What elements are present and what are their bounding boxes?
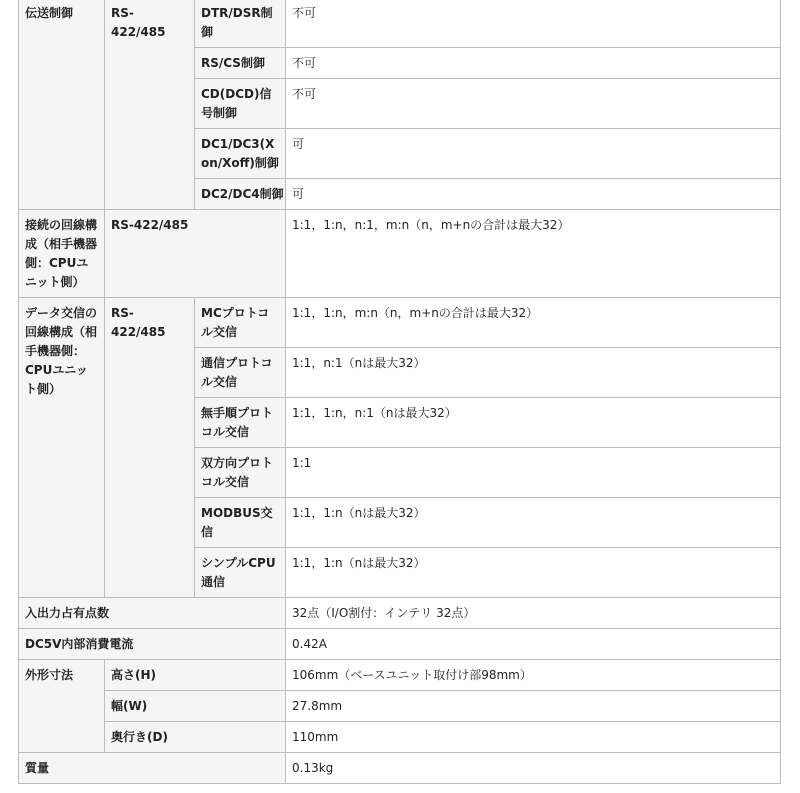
transmission-interface: RS-422/485 [105, 0, 195, 210]
table-row: 幅(W) 27.8mm [19, 691, 781, 722]
weight-value: 0.13kg [286, 753, 781, 784]
row-value: 110mm [286, 722, 781, 753]
current-value: 0.42A [286, 629, 781, 660]
weight-label: 質量 [19, 753, 286, 784]
io-points-value: 32点（I/O割付：インテリ 32点） [286, 598, 781, 629]
row-value: 27.8mm [286, 691, 781, 722]
spec-table: 伝送制御 RS-422/485 DTR/DSR制御 不可 RS/CS制御 不可 … [18, 0, 781, 784]
row-item: 高さ(H) [105, 660, 286, 691]
row-value: 1:1，1:n（nは最大32） [286, 498, 781, 548]
row-value: 1:1，n:1（nは最大32） [286, 348, 781, 398]
row-value: 106mm（ベースユニット取付け部98mm） [286, 660, 781, 691]
row-item: CD(DCD)信号制御 [195, 79, 286, 129]
row-item: DC1/DC3(Xon/Xoff)制御 [195, 129, 286, 179]
transmission-label: 伝送制御 [19, 0, 105, 210]
connection-label: 接続の回線構成（相手機器側：CPUユニット側） [19, 210, 105, 298]
row-value: 1:1，1:n（nは最大32） [286, 548, 781, 598]
row-item: DTR/DSR制御 [195, 0, 286, 48]
table-row: DC5V内部消費電流 0.42A [19, 629, 781, 660]
row-value: 不可 [286, 0, 781, 48]
data-exchange-label: データ交信の回線構成（相手機器側：CPUユニット側） [19, 298, 105, 598]
dimensions-label: 外形寸法 [19, 660, 105, 753]
table-row: 入出力占有点数 32点（I/O割付：インテリ 32点） [19, 598, 781, 629]
row-item: シンプルCPU通信 [195, 548, 286, 598]
table-row: 質量 0.13kg [19, 753, 781, 784]
table-row: 外形寸法 高さ(H) 106mm（ベースユニット取付け部98mm） [19, 660, 781, 691]
row-value: 1:1，1:n，n:1（nは最大32） [286, 398, 781, 448]
data-exchange-interface: RS-422/485 [105, 298, 195, 598]
row-value: 不可 [286, 79, 781, 129]
table-row: 伝送制御 RS-422/485 DTR/DSR制御 不可 [19, 0, 781, 48]
row-item: 奥行き(D) [105, 722, 286, 753]
connection-interface: RS-422/485 [105, 210, 286, 298]
row-item: 通信プロトコル交信 [195, 348, 286, 398]
row-item: MCプロトコル交信 [195, 298, 286, 348]
table-row: データ交信の回線構成（相手機器側：CPUユニット側） RS-422/485 MC… [19, 298, 781, 348]
io-points-label: 入出力占有点数 [19, 598, 286, 629]
row-item: DC2/DC4制御 [195, 179, 286, 210]
row-value: 可 [286, 129, 781, 179]
row-item: RS/CS制御 [195, 48, 286, 79]
current-label: DC5V内部消費電流 [19, 629, 286, 660]
table-row: 奥行き(D) 110mm [19, 722, 781, 753]
row-item: 無手順プロトコル交信 [195, 398, 286, 448]
row-value: 1:1，1:n，m:n（n，m+nの合計は最大32） [286, 298, 781, 348]
row-item: 双方向プロトコル交信 [195, 448, 286, 498]
row-value: 不可 [286, 48, 781, 79]
table-row: 接続の回線構成（相手機器側：CPUユニット側） RS-422/485 1:1，1… [19, 210, 781, 298]
connection-value: 1:1，1:n，n:1，m:n（n，m+nの合計は最大32） [286, 210, 781, 298]
row-value: 可 [286, 179, 781, 210]
row-value: 1:1 [286, 448, 781, 498]
row-item: 幅(W) [105, 691, 286, 722]
row-item: MODBUS交信 [195, 498, 286, 548]
